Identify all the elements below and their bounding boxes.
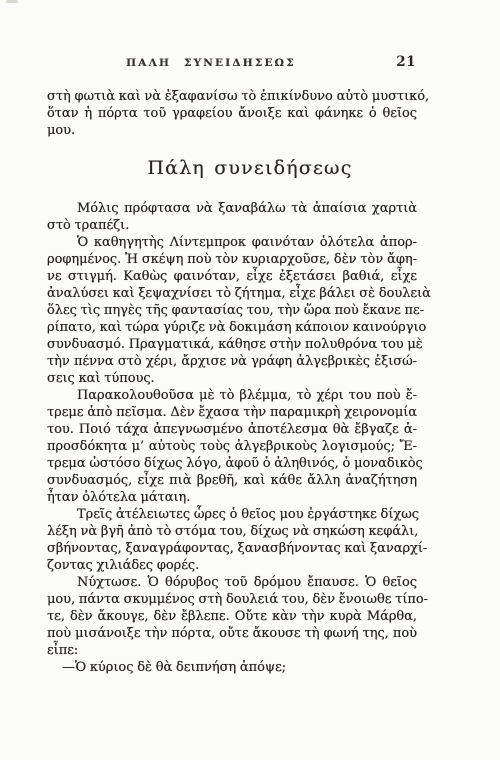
chapter-heading: Πάλη συνειδήσεως [47,139,417,200]
text-line: ἀναλύσει καὶ ξεψαχνίσει τὸ ζήτημα, εἶχε … [47,285,417,302]
scan-artifact [6,0,18,3]
text-line: ὅταν ἡ πόρτα τοῦ γραφείου ἄνοιξε καὶ φάν… [47,105,417,122]
text-line: τρεμε ἀπὸ πεῖσμα. Δὲν ἔχασα τὴν παραμικρ… [47,404,417,421]
text-line: Μόλις πρόφτασα νὰ ξαναβάλω τὰ ἀπαίσια χα… [47,200,417,217]
paragraph: Νύχτωσε. Ὁ θόρυβος τοῦ δρόμου ἔπαυσε. Ὁ … [47,574,417,659]
text-line: τὴν πέννα στὸ χέρι, ἄρχισε νὰ γράφη ἀλγε… [47,353,417,370]
text-line: Παρακολουθοῦσα μὲ τὸ βλέμμα, τὸ χέρι του… [47,387,417,404]
text-line: Τρεῖς ἀτέλειωτες ὧρες ὁ θεῖος μου ἐργάστ… [47,506,417,523]
paragraph: Μόλις πρόφτασα νὰ ξαναβάλω τὰ ἀπαίσια χα… [47,200,417,234]
book-page: ΠΑΛΗ ΣΥΝΕΙΔΗΣΕΩΣ 21 στὴ φωτιὰ καὶ νὰ ἐξα… [0,0,500,760]
text-line: νε στιγμή. Καθὼς φαινόταν, εἶχε ἐξετάσει… [47,268,417,285]
chapter-heading-text: Πάλη συνειδήσεως [147,158,352,178]
text-line: ὅλες τὶς πηγὲς τῆς φαντασίας του, τὴν ὥρ… [47,302,417,319]
text-line: προσδόκητα μ’ αὐτοὺς τοὺς ἀλγεβρικοὺς λο… [47,438,417,455]
text-line: Νύχτωσε. Ὁ θόρυβος τοῦ δρόμου ἔπαυσε. Ὁ … [47,574,417,591]
text-line: —Ὁ κύριος δὲ θὰ δειπνήση ἀπόψε; [47,659,417,676]
paragraph: Παρακολουθοῦσα μὲ τὸ βλέμμα, τὸ χέρι του… [47,387,417,506]
page-number: 21 [396,54,416,70]
text-line: συνδυασμό. Πραγματικά, κάθησε στὴν πολυθ… [47,336,417,353]
text-line: μου. [47,122,417,139]
running-header-title: ΠΑΛΗ ΣΥΝΕΙΔΗΣΕΩΣ [26,56,396,70]
text-line: εἶπε: [47,642,417,659]
text-line: σβήνοντας, ξαναγράφοντας, ξανασβήνοντας … [47,540,417,557]
text-line: του. Ποιό τάχα ἀπεγνωσμένο ἀποτέλεσμα θὰ… [47,421,417,438]
text-line: στὴ φωτιὰ καὶ νὰ ἐξαφανίσω τὸ ἐπικίνδυνο… [47,88,417,105]
text-column: στὴ φωτιὰ καὶ νὰ ἐξαφανίσω τὸ ἐπικίνδυνο… [47,88,417,676]
paragraph: Ὁ καθηγητὴς Λίντεμπροκ φαινόταν ὁλότελα … [47,234,417,387]
paragraph-dialogue: —Ὁ κύριος δὲ θὰ δειπνήση ἀπόψε; [47,659,417,676]
text-line: μου, πάντα σκυμμένος στὴ δουλειά του, δὲ… [47,591,417,608]
text-line: ζοντας χιλιάδες φορές. [47,557,417,574]
text-line: ποὺ μισάνοιξε τὴν πόρτα, οὔτε ἄκουσε τὴ … [47,625,417,642]
running-header: ΠΑΛΗ ΣΥΝΕΙΔΗΣΕΩΣ 21 [47,56,417,72]
text-line: ἦταν ὁλότελα μάταιη. [47,489,417,506]
text-line: ροφημένος. Ἡ σκέψη ποὺ τὸν κυριαρχοῦσε, … [47,251,417,268]
text-line: Ὁ καθηγητὴς Λίντεμπροκ φαινόταν ὁλότελα … [47,234,417,251]
text-line: σεις καὶ τύπους. [47,370,417,387]
text-line: λέξη νὰ βγῆ ἀπὸ τὸ στόμα του, δίχως νὰ σ… [47,523,417,540]
text-line: συνδυασμός, εἶχε πιὰ βρεθῆ, καὶ κάθε ἄλλ… [47,472,417,489]
text-line: ρίπατο, καὶ τώρα γύριζε νὰ δοκιμάση κάπο… [47,319,417,336]
paragraph: Τρεῖς ἀτέλειωτες ὧρες ὁ θεῖος μου ἐργάστ… [47,506,417,574]
text-line: τρεμα ὡστόσο δίχως λόγο, ἀφοῦ ὁ ἀληθινός… [47,455,417,472]
text-line: στὸ τραπέζι. [47,217,417,234]
paragraph: στὴ φωτιὰ καὶ νὰ ἐξαφανίσω τὸ ἐπικίνδυνο… [47,88,417,139]
text-line: τε, δὲν ἄκουγε, δὲν ἔβλεπε. Οὔτε κὰν τὴν… [47,608,417,625]
